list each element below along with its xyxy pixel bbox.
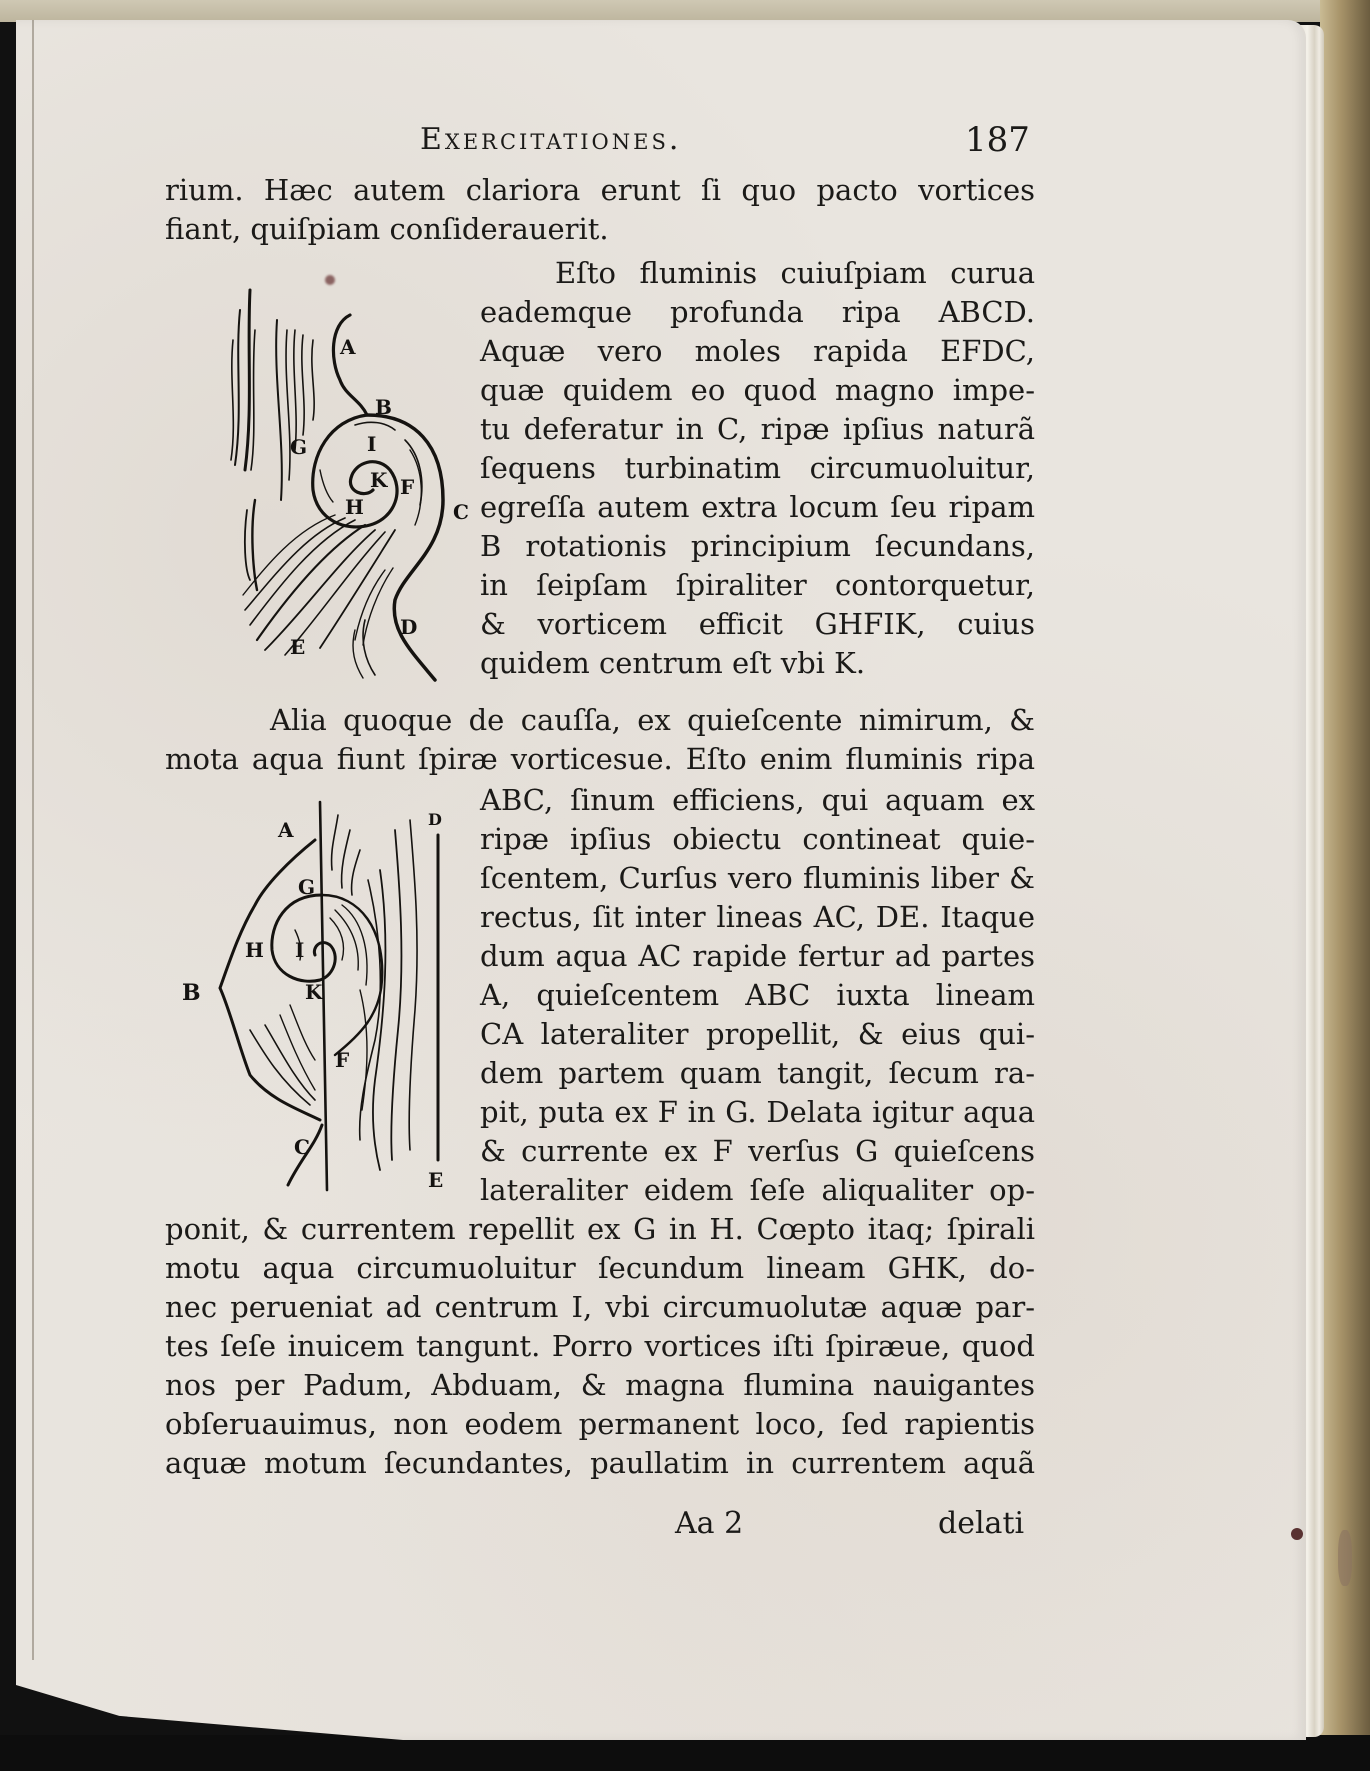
- gutter-line: [32, 20, 34, 1660]
- text-line: motu aqua circumuoluitur ſecundum lineam…: [165, 1250, 1035, 1286]
- text-line: Aquæ vero moles rapida EFDC,: [480, 333, 1035, 369]
- text-line: B rotationis principium ſecundans,: [480, 528, 1035, 564]
- figure-label: F: [335, 1048, 349, 1072]
- text-line: quæ quidem eo quod magno impe-: [480, 372, 1035, 408]
- figure-label: G: [290, 435, 307, 459]
- text-line: eademque profunda ripa ABCD.: [480, 294, 1035, 330]
- figure-label: A: [340, 335, 356, 359]
- figure-label: F: [400, 475, 414, 499]
- figure-label: C: [294, 1135, 310, 1159]
- background-shadow: [0, 1735, 1370, 1771]
- text-line: quidem centrum eſt vbi K.: [480, 645, 865, 681]
- text-line: & currente ex F verſus G quieſcens: [480, 1133, 1035, 1169]
- running-head: Exercitationes.: [420, 122, 1030, 157]
- text-line: Alia quoque de cauſſa, ex quieſcente nim…: [270, 702, 1035, 738]
- catchword: delati: [938, 1506, 1024, 1541]
- figure-label: H: [245, 938, 264, 962]
- text-line: dem partem quam tangit, ſecum ra-: [480, 1055, 1035, 1091]
- text-line: ponit, & currentem repellit ex G in H. C…: [165, 1211, 1035, 1247]
- text-line: ABC, ſinum efficiens, qui aquam ex: [480, 782, 1035, 818]
- text-line: ripæ ipſius obiectu contineat quie-: [480, 821, 1035, 857]
- text-line: in ſeipſam ſpiraliter contorquetur,: [480, 567, 1035, 603]
- signature-mark: Aa 2: [675, 1506, 743, 1541]
- text-line: ſcentem, Curſus vero fluminis liber &: [480, 860, 1035, 896]
- stain-spot: [1291, 1528, 1303, 1540]
- figure-label: E: [290, 635, 305, 659]
- text-line: CA lateraliter propellit, & eius qui-: [480, 1016, 1035, 1052]
- page-number: 187: [965, 120, 1030, 160]
- text-line: lateraliter eidem ſeſe aliqualiter op-: [480, 1172, 1035, 1208]
- vortex-woodcut-figure-2: A B C D E F G H I K: [170, 790, 460, 1200]
- figure-label: D: [400, 615, 417, 639]
- text-line: rium. Hæc autem clariora erunt ſi quo pa…: [165, 172, 1035, 208]
- figure-label: C: [453, 500, 469, 524]
- figure-label: K: [305, 980, 322, 1004]
- book-cover-top-edge: [0, 0, 1370, 22]
- figure-label: B: [182, 980, 201, 1006]
- text-line: & vorticem efficit GHFIK, cuius: [480, 606, 1035, 642]
- vortex-diagram-icon: [195, 270, 465, 690]
- stain-spot: [1338, 1530, 1352, 1586]
- text-line: mota aqua fiunt ſpiræ vorticesue. Eſto e…: [165, 741, 1035, 777]
- text-line: A, quieſcentem ABC iuxta lineam: [480, 977, 1035, 1013]
- figure-label: A: [278, 818, 294, 842]
- text-line: Eſto fluminis cuiuſpiam curua: [555, 255, 1035, 291]
- text-line: nec perueniat ad centrum I, vbi circumuo…: [165, 1289, 1035, 1325]
- text-line: obſeruauimus, non eodem permanent loco, …: [165, 1406, 1035, 1442]
- figure-label: D: [428, 810, 442, 829]
- text-line: fiant, quiſpiam conſiderauerit.: [165, 211, 1035, 247]
- figure-label: K: [370, 468, 387, 492]
- vortex-woodcut-figure-1: A B C D E F G H I K: [195, 270, 465, 690]
- text-line: dum aqua AC rapide fertur ad partes: [480, 938, 1035, 974]
- figure-label: I: [295, 938, 304, 962]
- text-line: pit, puta ex F in G. Delata igitur aqua: [480, 1094, 1035, 1130]
- book-cover-right-edge: [1320, 0, 1370, 1771]
- text-line: tes ſeſe inuicem tangunt. Porro vortices…: [165, 1328, 1035, 1364]
- figure-label: G: [298, 875, 315, 899]
- figure-label: E: [428, 1168, 443, 1192]
- text-line: tu deferatur in C, ripæ ipſius naturã: [480, 411, 1035, 447]
- text-line: nos per Padum, Abduam, & magna flumina n…: [165, 1367, 1035, 1403]
- text-line: aquæ motum ſecundantes, paullatim in cur…: [165, 1445, 1035, 1481]
- figure-label: B: [375, 395, 392, 419]
- text-line: ſequens turbinatim circumuoluitur,: [480, 450, 1035, 486]
- text-line: rectus, ſit inter lineas AC, DE. Itaque: [480, 899, 1035, 935]
- text-line: egreſſa autem extra locum ſeu ripam: [480, 489, 1035, 525]
- figure-label: H: [345, 495, 364, 519]
- figure-label: I: [367, 432, 376, 456]
